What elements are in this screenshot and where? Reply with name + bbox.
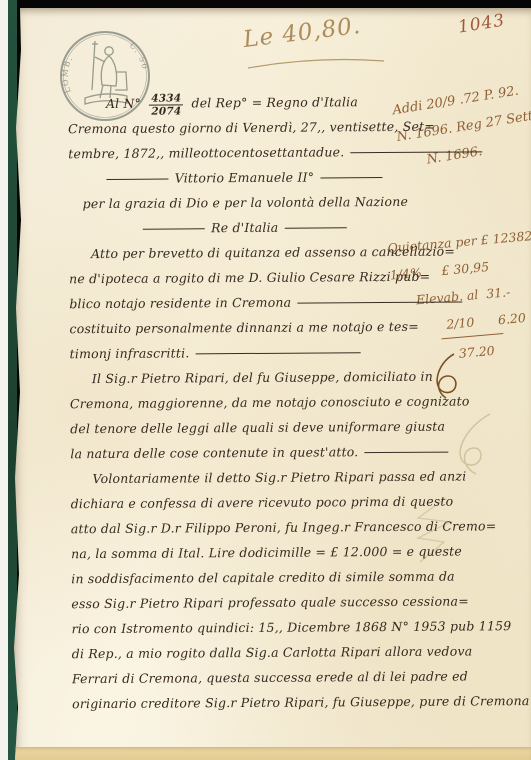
manuscript-line: originario creditore Sig.r Pietro Ripari… (72, 689, 424, 716)
manuscript-line: Atto per brevetto di quitanza ed assenso… (69, 239, 421, 266)
page-bottom-edge (11, 747, 531, 760)
dash-rule (195, 352, 360, 354)
manuscript-line: Al N° 43342074 del Rep° = Regno d'Italia (68, 89, 420, 116)
manuscript-line: di Rep., a mio rogito dalla Sig.a Carlot… (72, 639, 424, 666)
manuscript-line: la natura delle cose contenute in quest'… (70, 439, 422, 466)
manuscript-line: in soddisfacimento del capitale credito … (71, 564, 423, 591)
body-lines: Al N° 43342074 del Rep° = Regno d'Italia… (68, 89, 424, 716)
manuscript-line: Cremona, maggiorenne, da me notajo conos… (70, 389, 422, 416)
manuscript-line: del tenore delle leggi alle quali si dev… (70, 414, 422, 441)
stamp-value-label: C. 50 (128, 41, 150, 71)
manuscript-line: timonj infrascritti. (70, 339, 422, 366)
scanned-document-canvas: LOMB. C. 50 1043 Le 40,80. Addi 20/9 .72… (0, 0, 531, 760)
manuscript-line: ne d'ipoteca a rogito di me D. Giulio Ce… (69, 264, 421, 291)
dash-rule (107, 179, 169, 180)
protocol-number-fraction: 43342074 (149, 93, 183, 117)
manuscript-line: Il Sig.r Pietro Ripari, del fu Giuseppe,… (70, 364, 422, 391)
manuscript-line: Vittorio Emanuele II° (68, 164, 420, 191)
manuscript-line: per la grazia di Dio e per la volontà de… (69, 189, 421, 216)
manuscript-line: blico notajo residente in Cremona (69, 289, 421, 316)
dash-rule (143, 228, 205, 229)
manuscript-line: Cremona questo giorno di Venerdì, 27,, v… (68, 114, 420, 141)
manuscript-line: dichiara e confessa di avere ricevuto po… (71, 489, 423, 516)
manuscript-line: tembre, 1872,, milleottocentosettantadue… (68, 139, 420, 166)
scan-frame-white-edge (0, 0, 8, 760)
stamp-left-label: LOMB. (60, 54, 74, 94)
dash-rule (320, 177, 382, 178)
manuscript-line: Re d'Italia (69, 214, 421, 241)
manuscript-line: na, la somma di Ital. Lire dodicimille =… (71, 539, 423, 566)
manuscript-line: Volontariamente il detto Sig.r Pietro Ri… (70, 464, 422, 491)
manuscript-line: atto dal Sig.r D.r Filippo Peroni, fu In… (71, 514, 423, 541)
manuscript-line: Ferrari di Cremona, questa successa ered… (72, 664, 424, 691)
fee-note-underline-flourish (246, 56, 386, 72)
manuscript-line: costituito personalmente dinnanzi a me n… (69, 314, 421, 341)
manuscript-line: rio con Istromento quindici: 15,, Dicemb… (71, 614, 423, 641)
manuscript-line: esso Sig.r Pietro Ripari professato qual… (71, 589, 423, 616)
dash-rule (284, 227, 346, 228)
